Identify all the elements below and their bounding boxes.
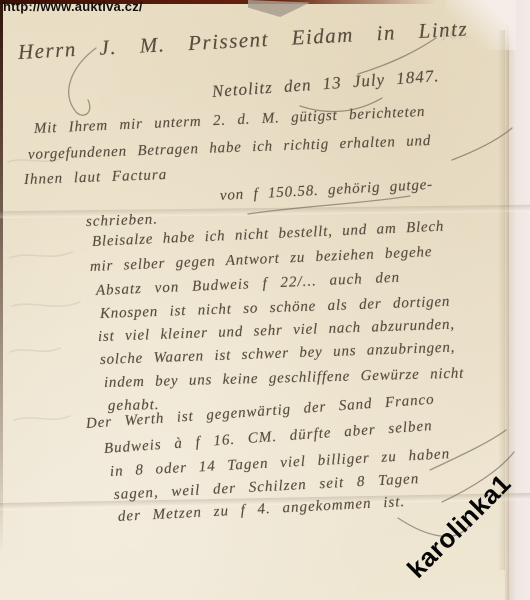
scan-right-margin (509, 0, 530, 600)
handwriting-line: von f 150.58. gehörig gutge- (220, 177, 434, 205)
scanned-letter-page: http://www.auktiva.cz/ 16.. Herrn J. M. … (0, 0, 530, 600)
handwriting-line: vorgefundenen Betragen habe ich richtig … (28, 133, 432, 164)
paper-left-edge (0, 0, 3, 556)
source-url-watermark: http://www.auktiva.cz/ (3, 0, 143, 14)
handwriting-line: Ihnen laut Factura (24, 167, 168, 189)
paper-fold-flap (248, 0, 310, 17)
date-line: Netolitz den 13 July 1847. (211, 66, 440, 102)
handwriting-line: indem bey uns keine geschliffene Gewürze… (104, 366, 465, 392)
recipient-line: Herrn J. M. Prissent Eidam in Lintz (17, 16, 468, 65)
verso-show-through (8, 158, 80, 420)
horizontal-crease-upper (0, 205, 530, 219)
handwriting-line: Mit Ihrem mir unterm 2. d. M. gütigst be… (34, 104, 426, 138)
handwriting-line: Absatz von Budweis f 22/... auch den (96, 270, 401, 300)
handwriting-line: schrieben. (86, 211, 159, 231)
